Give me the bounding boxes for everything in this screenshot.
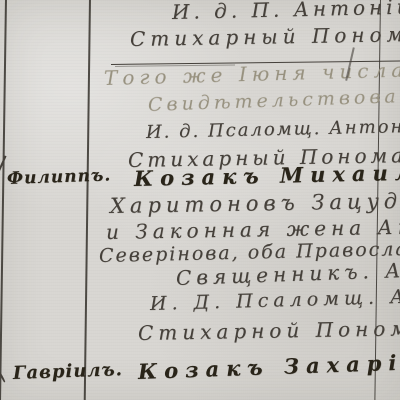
column-rule-left [0,0,7,400]
handwritten-line-officiant: И. д. П. Антоній [172,0,400,22]
handwritten-line-father-surname: Харитоновъ Зацудня [110,190,400,217]
handwritten-line-sexton-2: Стихарной Пономар [138,318,400,343]
column-rule-margin [84,0,91,400]
handwritten-line-psalmreader-2: И. Д. Псаломщ. А [150,288,400,314]
handwritten-line-date: Того же Іюня числа [104,60,400,88]
handwritten-line-psalmreader: И. д. Псаломщ. Антоній [146,118,400,142]
handwritten-line-priest: Священникъ. А [176,260,400,288]
handwritten-line-next-father: Козакъ Захарій [138,351,400,382]
register-scan-page: И. д. П. Антоній Стихарный Пономарь Того… [0,0,400,400]
handwritten-line-mother: и Законная жена Анна [106,216,400,242]
handwritten-line-witnessed: Свидѣтельствовалъ [148,86,400,115]
handwritten-line-father: Козакъ Михаилъ [134,161,400,189]
handwritten-line-officiant-title: Стихарный Пономарь [130,23,400,49]
margin-name-filipp: Филиппъ. [7,167,112,188]
margin-name-gavriil: Гавріилъ. [13,361,124,383]
